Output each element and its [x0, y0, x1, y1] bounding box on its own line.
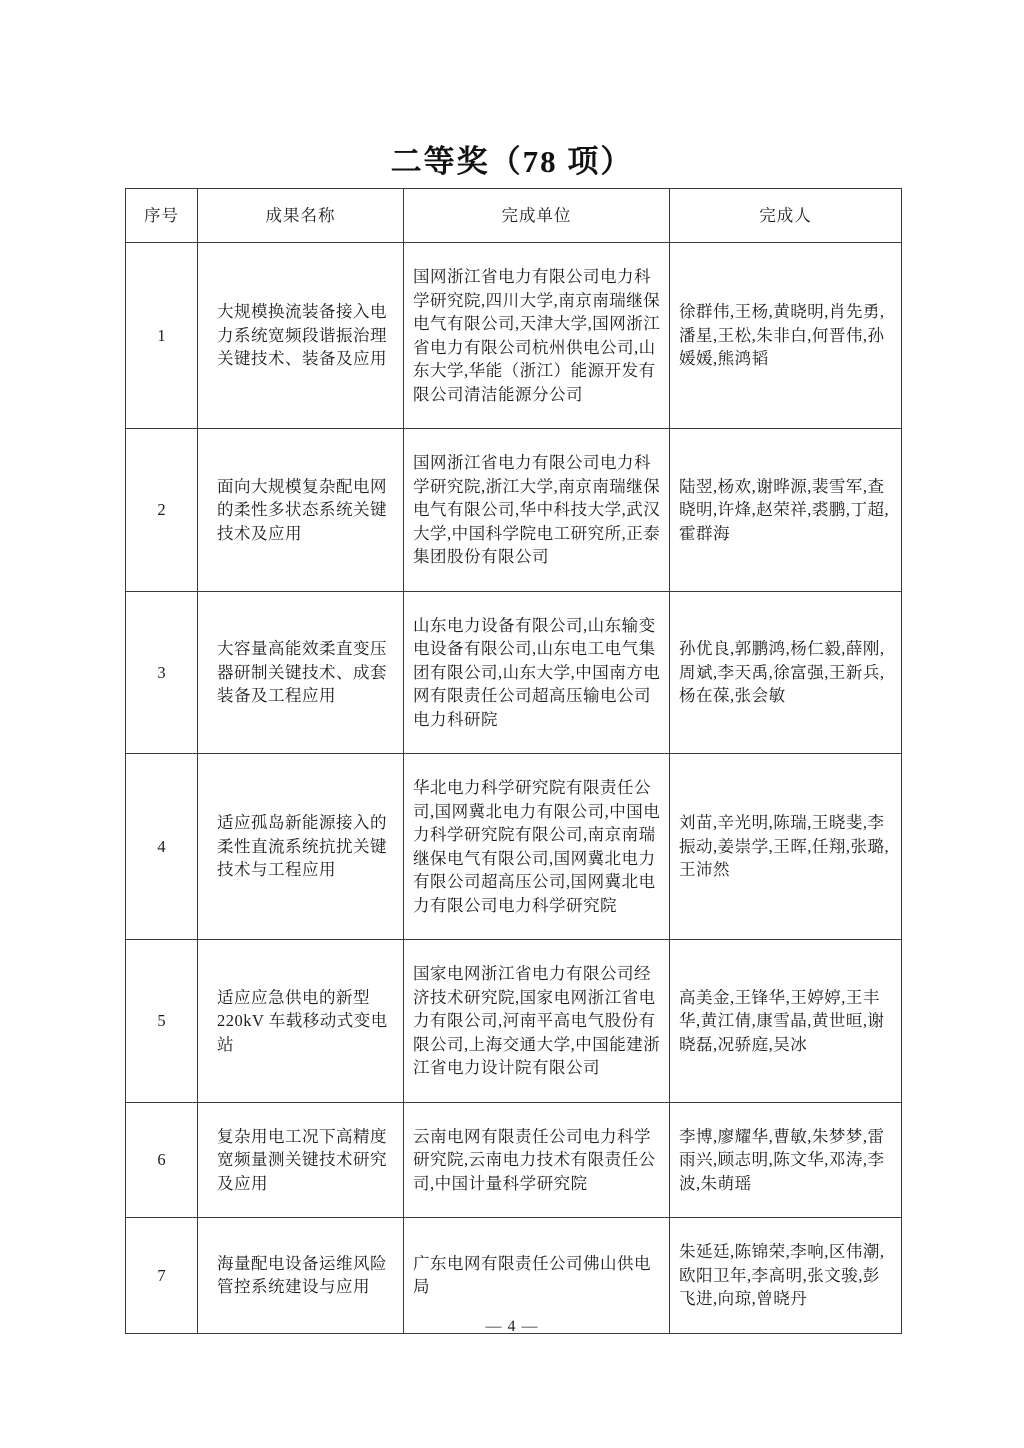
cell-completing-organizations: 国网浙江省电力有限公司电力科学研究院,浙江大学,南京南瑞继保电气有限公司,华中科… [404, 429, 670, 592]
table-body: 1 大规模换流装备接入电力系统宽频段谐振治理关键技术、装备及应用 国网浙江省电力… [126, 243, 902, 1334]
table-row: 3 大容量高能效柔直变压器研制关键技术、成套装备及工程应用 山东电力设备有限公司… [126, 591, 902, 754]
cell-achievement-name: 大容量高能效柔直变压器研制关键技术、成套装备及工程应用 [198, 591, 404, 754]
cell-serial-number: 1 [126, 243, 198, 429]
cell-completing-persons: 徐群伟,王杨,黄晓明,肖先勇,潘星,王松,朱非白,何晋伟,孙媛媛,熊鸿韬 [670, 243, 902, 429]
cell-serial-number: 2 [126, 429, 198, 592]
cell-completing-organizations: 云南电网有限责任公司电力科学研究院,云南电力技术有限责任公司,中国计量科学研究院 [404, 1102, 670, 1218]
cell-achievement-name: 适应应急供电的新型220kV 车载移动式变电站 [198, 940, 404, 1103]
cell-serial-number: 6 [126, 1102, 198, 1218]
cell-completing-persons: 朱延廷,陈锦荣,李响,区伟潮,欧阳卫年,李高明,张文骏,彭飞进,向琼,曾晓丹 [670, 1218, 902, 1334]
cell-serial-number: 4 [126, 754, 198, 940]
column-header-org: 完成单位 [404, 189, 670, 243]
page-title: 二等奖（78 项） [0, 136, 1024, 181]
award-table: 序号 成果名称 完成单位 完成人 1 大规模换流装备接入电力系统宽频段谐振治理关… [125, 188, 902, 1334]
table-row: 1 大规模换流装备接入电力系统宽频段谐振治理关键技术、装备及应用 国网浙江省电力… [126, 243, 902, 429]
table-row: 7 海量配电设备运维风险管控系统建设与应用 广东电网有限责任公司佛山供电局 朱延… [126, 1218, 902, 1334]
cell-completing-persons: 高美金,王锋华,王婷婷,王丰华,黄江倩,康雪晶,黄世晅,谢晓磊,况骄庭,吴冰 [670, 940, 902, 1103]
cell-completing-organizations: 国家电网浙江省电力有限公司经济技术研究院,国家电网浙江省电力有限公司,河南平高电… [404, 940, 670, 1103]
cell-completing-organizations: 广东电网有限责任公司佛山供电局 [404, 1218, 670, 1334]
column-header-no: 序号 [126, 189, 198, 243]
cell-achievement-name: 面向大规模复杂配电网的柔性多状态系统关键技术及应用 [198, 429, 404, 592]
column-header-name: 成果名称 [198, 189, 404, 243]
table-row: 2 面向大规模复杂配电网的柔性多状态系统关键技术及应用 国网浙江省电力有限公司电… [126, 429, 902, 592]
cell-serial-number: 7 [126, 1218, 198, 1334]
cell-achievement-name: 海量配电设备运维风险管控系统建设与应用 [198, 1218, 404, 1334]
cell-completing-persons: 孙优良,郭鹏鸿,杨仁毅,薛刚,周斌,李天禹,徐富强,王新兵,杨在葆,张会敏 [670, 591, 902, 754]
cell-completing-persons: 刘苗,辛光明,陈瑞,王晓斐,李振动,姜崇学,王晖,任翔,张璐,王沛然 [670, 754, 902, 940]
cell-serial-number: 5 [126, 940, 198, 1103]
cell-achievement-name: 复杂用电工况下高精度宽频量测关键技术研究及应用 [198, 1102, 404, 1218]
column-header-persons: 完成人 [670, 189, 902, 243]
cell-achievement-name: 适应孤岛新能源接入的柔性直流系统抗扰关键技术与工程应用 [198, 754, 404, 940]
page-number: — 4 — [0, 1318, 1024, 1336]
cell-serial-number: 3 [126, 591, 198, 754]
cell-completing-persons: 陆翌,杨欢,谢晔源,裴雪军,查晓明,许烽,赵荣祥,裘鹏,丁超,霍群海 [670, 429, 902, 592]
document-page: { "page": { "title": "二等奖（78 项）", "foote… [0, 0, 1024, 1448]
cell-completing-organizations: 国网浙江省电力有限公司电力科学研究院,四川大学,南京南瑞继保电气有限公司,天津大… [404, 243, 670, 429]
table-header-row: 序号 成果名称 完成单位 完成人 [126, 189, 902, 243]
cell-completing-persons: 李博,廖耀华,曹敏,朱梦梦,雷雨兴,顾志明,陈文华,邓涛,李波,朱萌瑶 [670, 1102, 902, 1218]
cell-completing-organizations: 华北电力科学研究院有限责任公司,国网冀北电力有限公司,中国电力科学研究院有限公司… [404, 754, 670, 940]
table-row: 6 复杂用电工况下高精度宽频量测关键技术研究及应用 云南电网有限责任公司电力科学… [126, 1102, 902, 1218]
table-row: 4 适应孤岛新能源接入的柔性直流系统抗扰关键技术与工程应用 华北电力科学研究院有… [126, 754, 902, 940]
cell-achievement-name: 大规模换流装备接入电力系统宽频段谐振治理关键技术、装备及应用 [198, 243, 404, 429]
table-row: 5 适应应急供电的新型220kV 车载移动式变电站 国家电网浙江省电力有限公司经… [126, 940, 902, 1103]
cell-completing-organizations: 山东电力设备有限公司,山东输变电设备有限公司,山东电工电气集团有限公司,山东大学… [404, 591, 670, 754]
